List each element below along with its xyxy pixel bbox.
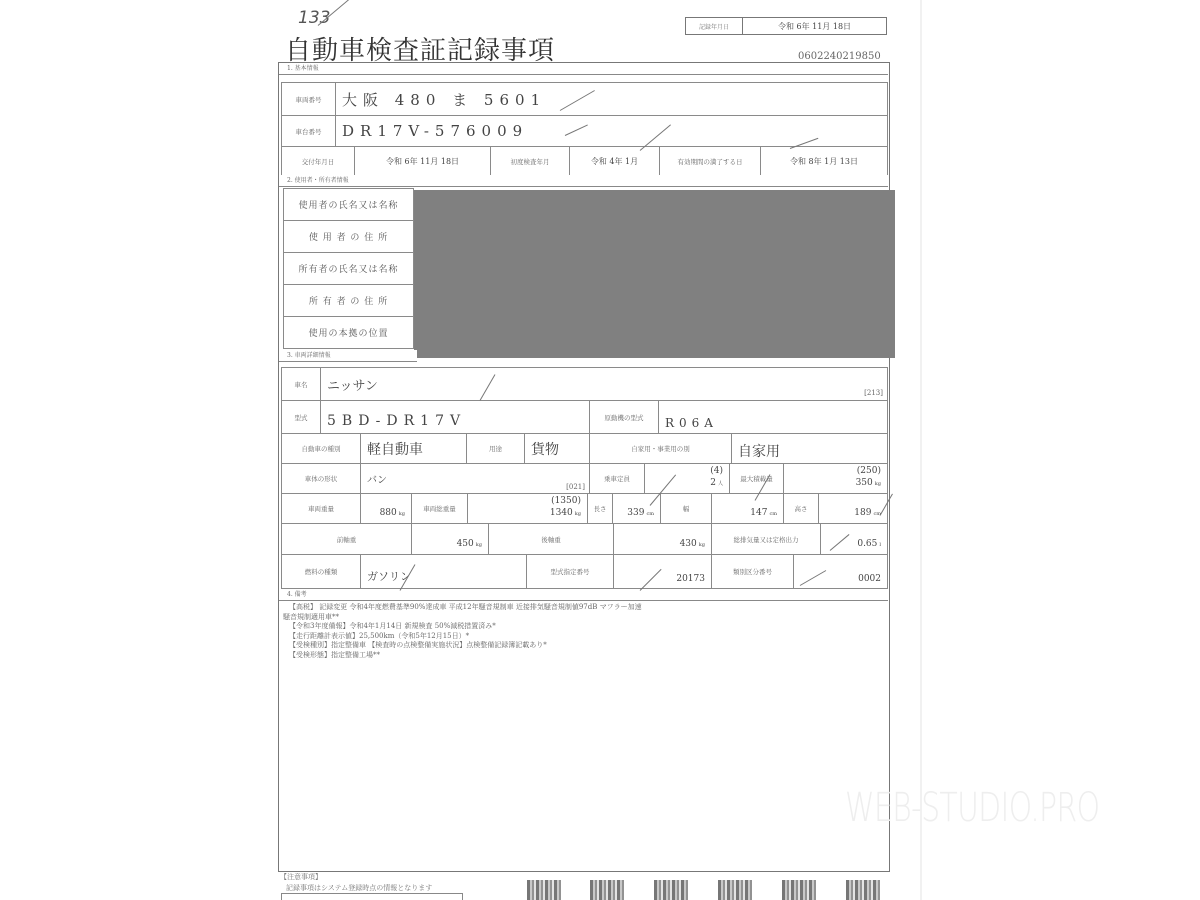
bottom-table (281, 893, 463, 900)
qr-code (527, 880, 561, 900)
maker-code: [213] (864, 389, 883, 397)
remarks-line: 【走行距離計表示値】25,500km（令和5年12月15日）* (283, 632, 883, 642)
capacity-unit: 人 (718, 481, 723, 487)
capacity-paren: (4) (710, 465, 723, 477)
length-number: 339 (627, 508, 644, 518)
remarks-line: 【令和3年度備報】令和4年1月14日 新規検査 50%減税措置済み* (283, 622, 883, 632)
max-load-number: 350 (856, 478, 873, 488)
vehicle-weight-value: 880kg (360, 493, 412, 524)
vehicle-weight-label: 車両重量 (281, 493, 361, 524)
rear-axle-unit: kg (699, 542, 705, 548)
type-designation-number: 20173 (676, 573, 705, 585)
capacity-label: 乗車定員 (589, 463, 645, 494)
height-number: 189 (854, 508, 871, 518)
vehicle-type-label: 自動車の種別 (281, 433, 361, 464)
height-value: 189cm (818, 493, 888, 524)
remarks-line: 【高税】 記録変更 令和4年度燃費基準90%達成車 平成12年騒音規制車 近接排… (283, 603, 883, 613)
front-axle-number: 450 (457, 539, 474, 549)
capacity-number: 2 (710, 478, 716, 488)
body-shape-name: バン (367, 471, 387, 486)
body-shape-label: 車体の形状 (281, 463, 361, 494)
watermark: WEB-STUDIO.PRO (845, 785, 1099, 831)
length-unit: cm (646, 511, 654, 517)
owner-name-label: 所有者の氏名又は名称 (283, 252, 414, 285)
vehicle-type-value: 軽自動車 (360, 433, 467, 464)
qr-code (718, 880, 752, 900)
type-designation-value: 20173 (613, 554, 712, 589)
gross-weight-number: 1340 (550, 508, 573, 518)
max-load-label: 最大積載量 (729, 463, 784, 494)
engine-model-value: R06A (658, 400, 888, 434)
displacement-number: 0.65 (857, 539, 877, 549)
chassis-number-label: 車台番号 (281, 115, 336, 147)
owner-address-label: 所 有 者 の 住 所 (283, 284, 414, 317)
vehicle-weight-unit: kg (399, 511, 405, 517)
engine-model-label: 原動機の型式 (589, 400, 659, 434)
length-value: 339cm (612, 493, 661, 524)
displacement-unit: l (879, 542, 881, 548)
record-date-box: 記録年月日 令和 6年 11月 18日 (685, 17, 887, 35)
private-business-value: 自家用 (731, 433, 888, 464)
maker-value: ニッサン [213] (320, 367, 888, 401)
page-edge (920, 0, 922, 900)
section-remarks-header: 4. 備考 (279, 589, 888, 601)
section-basic-info-header: 1. 基本情報 (279, 63, 888, 75)
usage-label: 用途 (466, 433, 525, 464)
category-number-value: 0002 (793, 554, 888, 589)
width-label: 幅 (660, 493, 712, 524)
qr-code (782, 880, 816, 900)
section-owner-info-header: 2. 使用者・所有者情報 (279, 175, 888, 187)
front-axle-unit: kg (476, 542, 482, 548)
registration-number-label: 車両番号 (281, 82, 336, 116)
body-shape-value: バン [021] (360, 463, 590, 494)
notice-header: 【注意事項】 (280, 872, 432, 883)
body-shape-code: [021] (566, 483, 585, 491)
remarks-line: 【受検形態】指定整備工場** (283, 651, 883, 661)
max-load-value: (250) 350kg (783, 463, 888, 494)
length-label: 長さ (587, 493, 613, 524)
rear-axle-value: 430kg (613, 523, 712, 555)
gross-weight-paren: (1350) (551, 495, 581, 507)
max-load-unit: kg (875, 481, 881, 487)
fuel-value: ガソリン (360, 554, 527, 589)
first-registration-value: 令和 4年 1月 (569, 146, 660, 176)
remarks-line: 騒音規制適用車** (283, 613, 883, 623)
displacement-label: 総排気量又は定格出力 (711, 523, 821, 555)
category-number-number: 0002 (858, 573, 881, 585)
rear-axle-label: 後軸重 (488, 523, 614, 555)
qr-code (654, 880, 688, 900)
max-load-paren: (250) (857, 465, 881, 477)
notice: 【注意事項】 記録事項はシステム登録時点の情報となります (280, 872, 432, 894)
gross-weight-value: (1350) 1340kg (467, 493, 588, 524)
record-date-label: 記録年月日 (686, 18, 743, 34)
redaction-block (414, 190, 895, 358)
qr-code (846, 880, 880, 900)
fuel-label: 燃料の種類 (281, 554, 361, 589)
registration-number-value: 大阪 480 ま 5601 (335, 82, 888, 116)
private-business-label: 自家用・事業用の別 (589, 433, 732, 464)
usage-value: 貨物 (524, 433, 590, 464)
document-number: 0602240219850 (798, 51, 881, 62)
height-label: 高さ (783, 493, 819, 524)
width-value: 147cm (711, 493, 784, 524)
model-value: 5BD-DR17V (320, 400, 590, 434)
issue-date-value: 令和 6年 11月 18日 (354, 146, 491, 176)
first-registration-label: 初度検査年月 (490, 146, 570, 176)
width-number: 147 (750, 508, 767, 518)
gross-weight-unit: kg (575, 511, 581, 517)
rear-axle-number: 430 (680, 539, 697, 549)
type-designation-label: 型式指定番号 (526, 554, 614, 589)
user-name-label: 使用者の氏名又は名称 (283, 188, 414, 221)
maker-label: 車名 (281, 367, 321, 401)
base-location-label: 使用の本拠の位置 (283, 316, 414, 349)
vehicle-weight-number: 880 (380, 508, 397, 518)
capacity-value: (4) 2人 (644, 463, 730, 494)
remarks-text: 【高税】 記録変更 令和4年度燃費基準90%達成車 平成12年騒音規制車 近接排… (283, 603, 883, 660)
section-vehicle-detail-header: 3. 車両詳細情報 (279, 350, 417, 362)
front-axle-label: 前軸重 (281, 523, 412, 555)
front-axle-value: 450kg (411, 523, 489, 555)
record-date-value: 令和 6年 11月 18日 (743, 18, 886, 34)
expiry-date-value: 令和 8年 1月 13日 (760, 146, 888, 176)
user-address-label: 使 用 者 の 住 所 (283, 220, 414, 253)
model-label: 型式 (281, 400, 321, 434)
issue-date-label: 交付年月日 (281, 146, 355, 176)
width-unit: cm (769, 511, 777, 517)
qr-code (590, 880, 624, 900)
maker-name: ニッサン (327, 375, 378, 394)
gross-weight-label: 車両総重量 (411, 493, 468, 524)
remarks-line: 【受検種別】指定整備車 【検査時の点検整備実施状況】点検整備記録簿記載あり* (283, 641, 883, 651)
category-number-label: 類別区分番号 (711, 554, 794, 589)
expiry-date-label: 有効期間の満了する日 (659, 146, 761, 176)
